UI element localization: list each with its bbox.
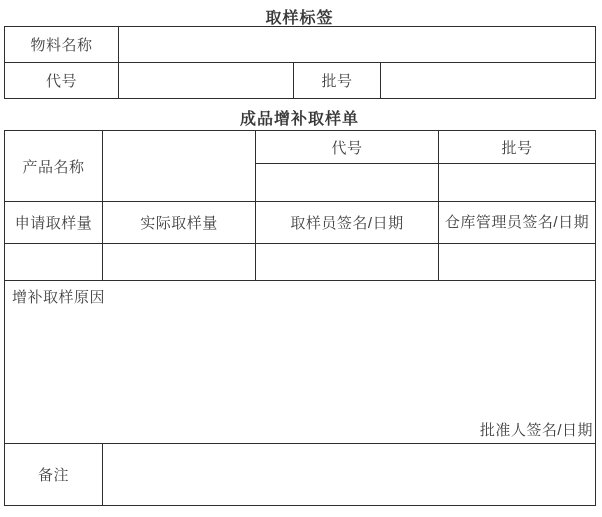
sample-label-title: 取样标签 <box>4 5 595 28</box>
code-value-cell <box>119 63 294 99</box>
table-row: 增补取样原因 批准人签名/日期 <box>5 281 596 444</box>
supplement-form-table: 产品名称 代号 批号 申请取样量 实际取样量 取样员签名/日期 仓库管理员签名/… <box>4 130 596 506</box>
table-row <box>5 244 596 281</box>
batch-value-cell <box>381 63 596 99</box>
table-row: 物料名称 <box>5 27 596 63</box>
material-name-value-cell <box>119 27 596 63</box>
form-batch-value-cell <box>439 164 596 202</box>
table-row: 申请取样量 实际取样量 取样员签名/日期 仓库管理员签名/日期 <box>5 202 596 244</box>
form-code-value-cell <box>256 164 439 202</box>
product-name-label-cell: 产品名称 <box>5 131 103 202</box>
requested-qty-value-cell <box>5 244 103 281</box>
approver-sign-label: 批准人签名/日期 <box>480 419 593 440</box>
supplement-form-title: 成品增补取样单 <box>4 106 595 129</box>
code-label-cell: 代号 <box>5 63 119 99</box>
sampler-sign-header-cell: 取样员签名/日期 <box>256 202 439 244</box>
requested-qty-header-cell: 申请取样量 <box>5 202 103 244</box>
remarks-value-cell <box>103 444 596 506</box>
warehouse-sign-header-cell: 仓库管理员签名/日期 <box>439 202 596 244</box>
table-row: 代号 批号 <box>5 63 596 99</box>
reason-label: 增补取样原因 <box>12 286 105 307</box>
table-row: 备注 <box>5 444 596 506</box>
material-name-label-cell: 物料名称 <box>5 27 119 63</box>
actual-qty-value-cell <box>103 244 256 281</box>
remarks-label-cell: 备注 <box>5 444 103 506</box>
form-batch-label-cell: 批号 <box>439 131 596 164</box>
batch-label-cell: 批号 <box>294 63 381 99</box>
product-name-value-cell <box>103 131 256 202</box>
reason-cell: 增补取样原因 批准人签名/日期 <box>5 281 596 444</box>
sampler-sign-value-cell <box>256 244 439 281</box>
warehouse-sign-value-cell <box>439 244 596 281</box>
sample-label-table: 物料名称 代号 批号 <box>4 26 596 99</box>
actual-qty-header-cell: 实际取样量 <box>103 202 256 244</box>
page: 取样标签 物料名称 代号 批号 成品增补取样单 产品名称 代号 批号 <box>0 0 602 517</box>
table-row: 产品名称 代号 批号 <box>5 131 596 164</box>
form-code-label-cell: 代号 <box>256 131 439 164</box>
